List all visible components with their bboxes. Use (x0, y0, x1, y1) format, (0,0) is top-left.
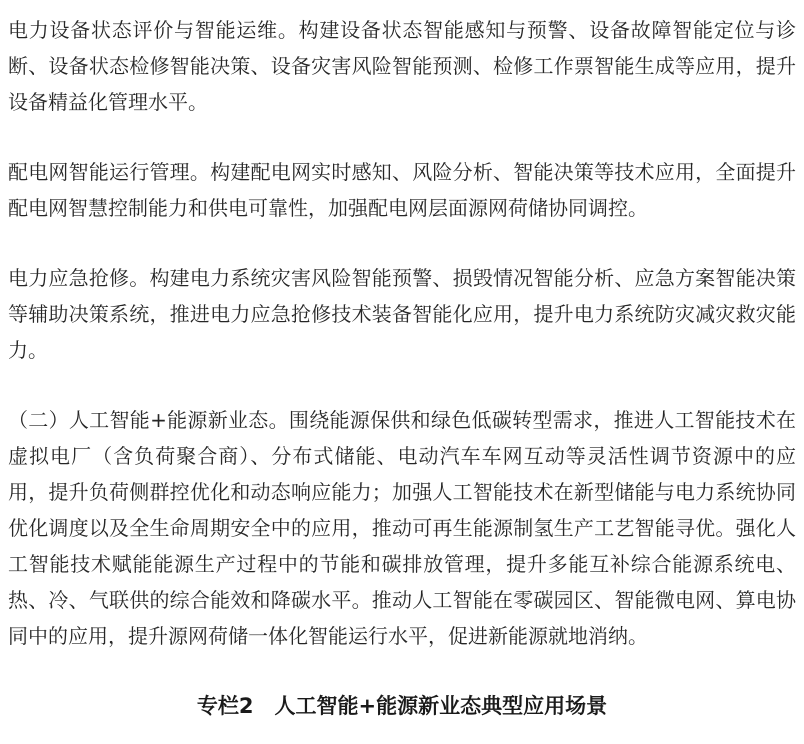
paragraph-power-emergency-repair: 电力应急抢修。构建电力系统灾害风险智能预警、损毁情况智能分析、应急方案智能决策等… (8, 260, 796, 368)
paragraph-distribution-grid-operation: 配电网智能运行管理。构建配电网实时感知、风险分析、智能决策等技术应用，全面提升配… (8, 154, 796, 226)
paragraph-ai-plus-energy-new-business: （二）人工智能+能源新业态。围绕能源保供和绿色低碳转型需求，推进人工智能技术在虚… (8, 402, 796, 654)
paragraph-power-equipment-status: 电力设备状态评价与智能运维。构建设备状态智能感知与预警、设备故障智能定位与诊断、… (8, 12, 796, 120)
column-box-2-title: 专栏2 人工智能+能源新业态典型应用场景 (8, 688, 796, 724)
document-page: 电力设备状态评价与智能运维。构建设备状态智能感知与预警、设备故障智能定位与诊断、… (0, 0, 804, 744)
